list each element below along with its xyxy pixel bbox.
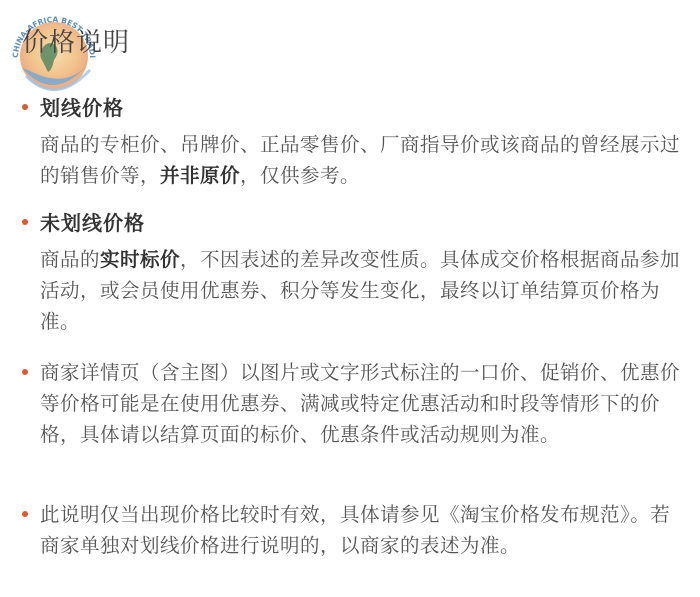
- section-non-strikethrough-price: 未划线价格 商品的实时标价，不因表述的差异改变性质。具体成交价格根据商品参加活动…: [22, 207, 682, 337]
- section-validity-note: 此说明仅当出现价格比较时有效，具体请参见《淘宝价格发布规范》。若商家单独对划线价…: [22, 499, 682, 561]
- section-heading: 划线价格: [40, 92, 124, 121]
- bullet-dot-icon: [22, 369, 28, 375]
- emphasis-text: 实时标价: [100, 248, 180, 271]
- bullet-dot-icon: [22, 511, 28, 517]
- section-body: 此说明仅当出现价格比较时有效，具体请参见《淘宝价格发布规范》。若商家单独对划线价…: [40, 499, 682, 561]
- bullet-dot-icon: [22, 104, 28, 110]
- section-body: 商家详情页（含主图）以图片或文字形式标注的一口价、促销价、优惠价等价格可能是在使…: [40, 357, 682, 450]
- bullet-dot-icon: [22, 219, 28, 225]
- section-body: 商品的专柜价、吊牌价、正品零售价、厂商指导价或该商品的曾经展示过的销售价等，并非…: [40, 129, 682, 191]
- section-strikethrough-price: 划线价格 商品的专柜价、吊牌价、正品零售价、厂商指导价或该商品的曾经展示过的销售…: [22, 92, 682, 191]
- page-title: 价格说明: [22, 22, 130, 59]
- section-body: 商品的实时标价，不因表述的差异改变性质。具体成交价格根据商品参加活动，或会员使用…: [40, 244, 682, 337]
- section-heading: 未划线价格: [40, 207, 145, 236]
- emphasis-text: 并非原价: [160, 164, 240, 187]
- section-merchant-page-note: 商家详情页（含主图）以图片或文字形式标注的一口价、促销价、优惠价等价格可能是在使…: [22, 357, 682, 450]
